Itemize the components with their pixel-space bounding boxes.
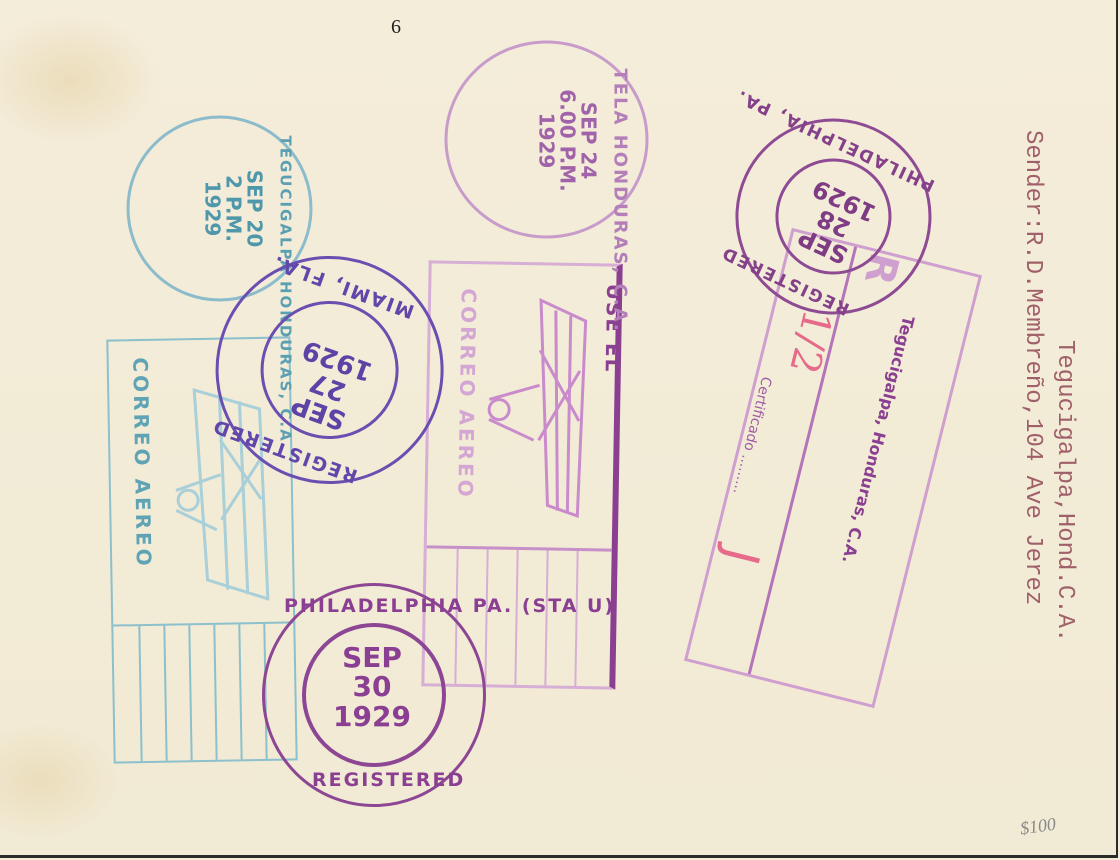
postmark-ring-text-bottom: REGISTERED [312, 769, 465, 791]
page-number: 6 [391, 16, 401, 39]
postmark-ring-text-top: PHILADELPHIA PA. (STA U) [284, 595, 615, 617]
date-line: SEP [314, 643, 430, 672]
registration-mark: J [712, 543, 770, 570]
registration-field-label: Certificado ......... [729, 375, 774, 496]
registration-origin: Tegucigalpa, Honduras, C.A. [817, 314, 918, 648]
postmark-date: SEP 30 1929 [314, 643, 430, 731]
date-line: 30 [314, 672, 430, 701]
postmark-ring-text: TELA HONDURAS, C.A. [610, 69, 631, 333]
sender-line-1: Sender:R.D.Membreño,104 Ave Jerez [1019, 130, 1046, 605]
sender-line-2: Tegucigalpa,Hond.C.A. [1051, 340, 1078, 642]
postmark-date: SEP 24 6.00 P.M. 1929 [536, 81, 599, 201]
postmark-philadelphia-sta-u: PHILADELPHIA PA. (STA U) REGISTERED SEP … [262, 583, 487, 808]
airmail-label-text: CORREO AEREO [128, 357, 156, 569]
date-line: 2 P.M. [223, 154, 244, 264]
biplane-icon [472, 289, 596, 531]
price-note: $100 [1019, 814, 1058, 840]
postmark-tela: TELA HONDURAS, C.A. SEP 24 6.00 P.M. 192… [444, 41, 649, 241]
date-line: 1929 [202, 154, 223, 264]
envelope-back: 6 CORREO AEREO CORREO AEREO USE EL [0, 0, 1118, 858]
date-line: 1929 [536, 81, 557, 201]
date-line: 6.00 P.M. [557, 81, 578, 201]
date-line: 1929 [314, 702, 430, 731]
date-line: SEP 24 [578, 81, 599, 201]
sender-address: Sender:R.D.Membreño,104 Ave Jerez Teguci… [1012, 130, 1092, 830]
